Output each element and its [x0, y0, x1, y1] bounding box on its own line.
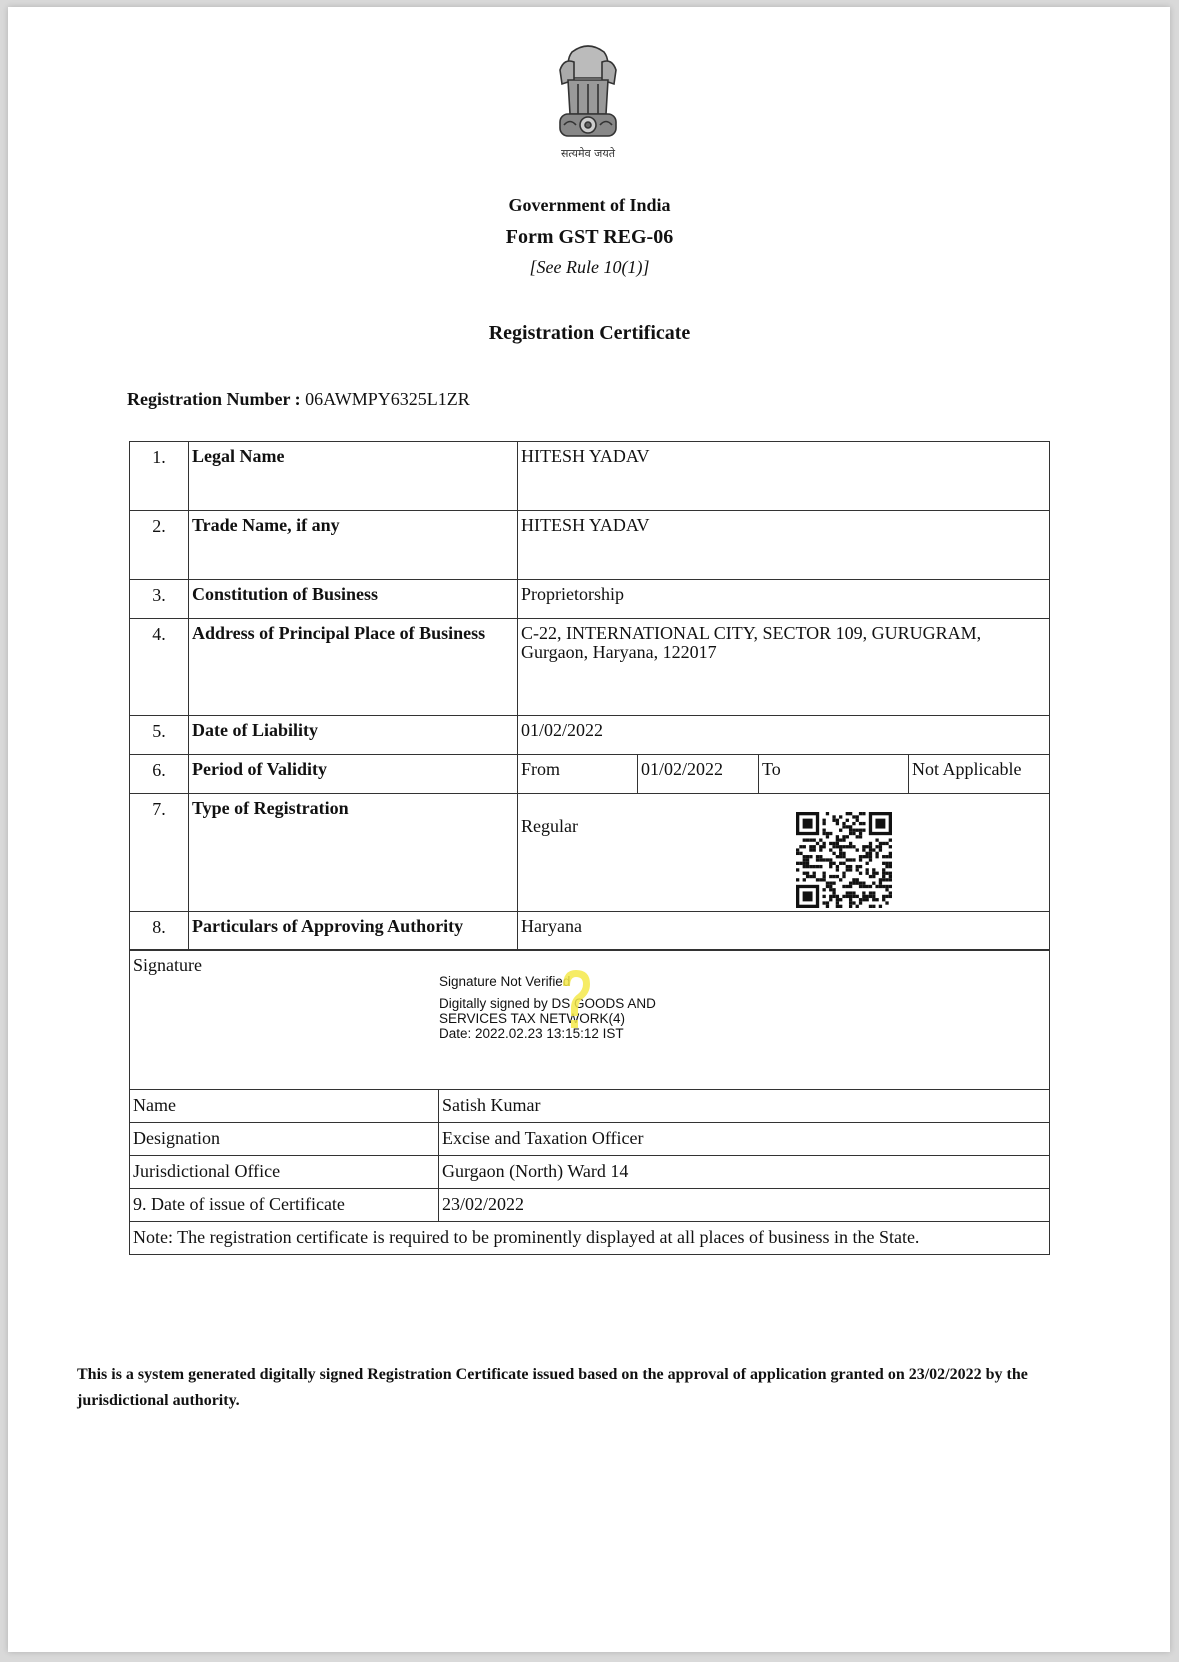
validity-from-label: From [518, 755, 638, 794]
date-of-issue-value: 23/02/2022 [439, 1189, 1050, 1222]
government-heading: Government of India [0, 195, 1179, 216]
signature-row: Signature Signature Not Verified Digital… [130, 950, 1050, 1090]
signature-cell: Signature Signature Not Verified Digital… [130, 950, 1050, 1090]
row-label: Trade Name, if any [189, 511, 518, 580]
row-label: Address of Principal Place of Business [189, 619, 518, 716]
legal-name-value: HITESH YADAV [518, 442, 1050, 511]
jurisdictional-office-value: Gurgaon (North) Ward 14 [439, 1156, 1050, 1189]
table-row: 9. Date of issue of Certificate 23/02/20… [130, 1189, 1050, 1222]
signature-table: Signature Signature Not Verified Digital… [129, 949, 1050, 1255]
national-motto: सत्यमेव जयते [540, 146, 636, 161]
date-of-liability-value: 01/02/2022 [518, 716, 1050, 755]
system-generated-note: This is a system generated digitally sig… [77, 1362, 1107, 1414]
address-value: C-22, INTERNATIONAL CITY, SECTOR 109, GU… [518, 619, 1050, 716]
approving-authority-value: Haryana [518, 912, 1050, 951]
national-emblem-icon [550, 40, 626, 152]
table-row: 5. Date of Liability 01/02/2022 [130, 716, 1050, 755]
row-label: Period of Validity [189, 755, 518, 794]
table-row: 8. Particulars of Approving Authority Ha… [130, 912, 1050, 951]
row-label: Type of Registration [189, 794, 518, 912]
row-label: Jurisdictional Office [130, 1156, 439, 1189]
table-row: 7. Type of Registration Regular [130, 794, 1050, 912]
registration-number-value: 06AWMPY6325L1ZR [305, 389, 470, 409]
row-label: 9. Date of issue of Certificate [130, 1189, 439, 1222]
row-label: Designation [130, 1123, 439, 1156]
row-label: Legal Name [189, 442, 518, 511]
table-row: Name Satish Kumar [130, 1090, 1050, 1123]
rule-reference: [See Rule 10(1)] [0, 257, 1179, 278]
question-mark-icon [559, 968, 593, 1030]
certificate-title: Registration Certificate [0, 322, 1179, 345]
table-row: 1. Legal Name HITESH YADAV [130, 442, 1050, 511]
signed-by-line-2: SERVICES TAX NETWORK(4) [439, 1011, 656, 1026]
registration-number-label: Registration Number : [127, 389, 301, 409]
signature-date: Date: 2022.02.23 13:15:12 IST [439, 1026, 656, 1041]
registration-type-value: Regular [521, 817, 1046, 836]
trade-name-value: HITESH YADAV [518, 511, 1050, 580]
registration-number-line: Registration Number : 06AWMPY6325L1ZR [127, 389, 470, 410]
registration-details-table: 1. Legal Name HITESH YADAV 2. Trade Name… [129, 441, 1050, 951]
table-row: Jurisdictional Office Gurgaon (North) Wa… [130, 1156, 1050, 1189]
registration-type-cell: Regular [518, 794, 1050, 912]
row-label: Date of Liability [189, 716, 518, 755]
table-row: 4. Address of Principal Place of Busines… [130, 619, 1050, 716]
row-label: Particulars of Approving Authority [189, 912, 518, 951]
designation-value: Excise and Taxation Officer [439, 1123, 1050, 1156]
table-row: 6. Period of Validity From 01/02/2022 To… [130, 755, 1050, 794]
officer-name-value: Satish Kumar [439, 1090, 1050, 1123]
table-row: 2. Trade Name, if any HITESH YADAV [130, 511, 1050, 580]
row-number: 6. [130, 755, 189, 794]
row-number: 4. [130, 619, 189, 716]
signature-status: Signature Not Verified [439, 974, 656, 989]
row-number: 2. [130, 511, 189, 580]
validity-from-value: 01/02/2022 [638, 755, 759, 794]
table-row: Note: The registration certificate is re… [130, 1222, 1050, 1255]
row-label: Constitution of Business [189, 580, 518, 619]
validity-to-label: To [759, 755, 909, 794]
validity-to-value: Not Applicable [909, 755, 1050, 794]
row-number: 3. [130, 580, 189, 619]
constitution-value: Proprietorship [518, 580, 1050, 619]
signature-label: Signature [133, 955, 202, 975]
row-label: Name [130, 1090, 439, 1123]
digital-signature-block: Signature Not Verified Digitally signed … [439, 974, 656, 1041]
row-number: 5. [130, 716, 189, 755]
row-number: 1. [130, 442, 189, 511]
signed-by-line: Digitally signed by DS GOODS AND [439, 996, 656, 1011]
table-row: 3. Constitution of Business Proprietorsh… [130, 580, 1050, 619]
qr-code-icon [796, 812, 892, 908]
display-note: Note: The registration certificate is re… [130, 1222, 1050, 1255]
form-name: Form GST REG-06 [0, 226, 1179, 249]
row-number: 8. [130, 912, 189, 951]
table-row: Designation Excise and Taxation Officer [130, 1123, 1050, 1156]
row-number: 7. [130, 794, 189, 912]
